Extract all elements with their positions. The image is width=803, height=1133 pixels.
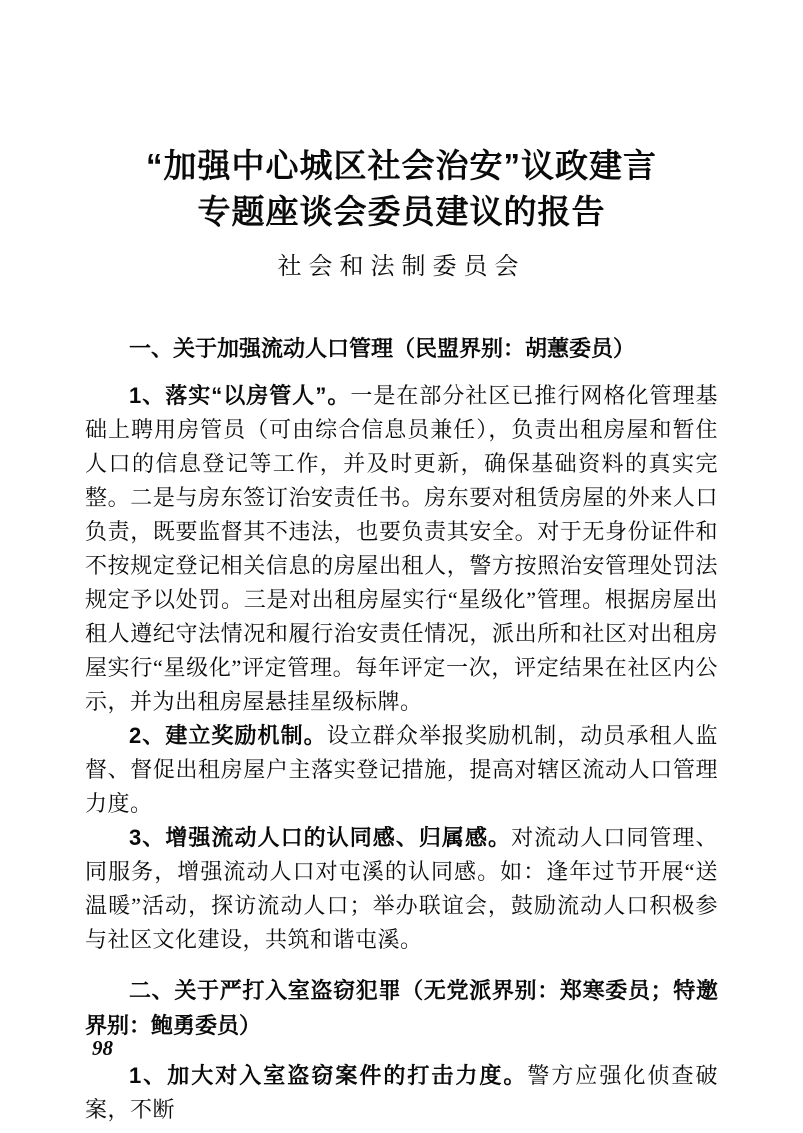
paragraph-lead: 1、落实“以房管人”。 — [129, 383, 350, 408]
document-page: “加强中心城区社会治安”议政建言 专题座谈会委员建议的报告 社会和法制委员会 一… — [0, 0, 803, 1133]
paragraph-text: 一是在部分社区已推行网格化管理基础上聘用房管员（可由综合信息员兼任），负责出租房… — [85, 383, 718, 714]
paragraph-lead: 2、建立奖励机制。 — [129, 723, 327, 748]
section-1-paragraph-2: 2、建立奖励机制。设立群众举报奖励机制，动员承租人监督、督促出租房屋户主落实登记… — [85, 719, 718, 821]
page-number: 98 — [92, 1036, 113, 1061]
document-author: 社会和法制委员会 — [0, 253, 803, 281]
section-1-heading: 一、关于加强流动人口管理（民盟界别：胡蕙委员） — [85, 331, 718, 366]
paragraph-lead: 1、加大对入室盗窃案件的打击力度。 — [129, 1063, 527, 1088]
document-title-line-1: “加强中心城区社会治安”议政建言 — [0, 143, 803, 189]
section-1-paragraph-3: 3、增强流动人口的认同感、归属感。对流动人口同管理、同服务，增强流动人口对屯溪的… — [85, 821, 718, 957]
document-title: “加强中心城区社会治安”议政建言 专题座谈会委员建议的报告 — [0, 0, 803, 235]
paragraph-lead: 3、增强流动人口的认同感、归属感。 — [129, 825, 511, 850]
section-1-paragraph-1: 1、落实“以房管人”。一是在部分社区已推行网格化管理基础上聘用房管员（可由综合信… — [85, 379, 718, 719]
section-2-paragraph-1: 1、加大对入室盗窃案件的打击力度。警方应强化侦查破案，不断 — [85, 1059, 718, 1127]
section-2-heading: 二、关于严打入室盗窃犯罪（无党派界别：郑寒委员；特邀界别：鲍勇委员） — [85, 973, 718, 1043]
document-body: 一、关于加强流动人口管理（民盟界别：胡蕙委员） 1、落实“以房管人”。一是在部分… — [85, 331, 718, 1127]
document-title-line-2: 专题座谈会委员建议的报告 — [0, 189, 803, 235]
